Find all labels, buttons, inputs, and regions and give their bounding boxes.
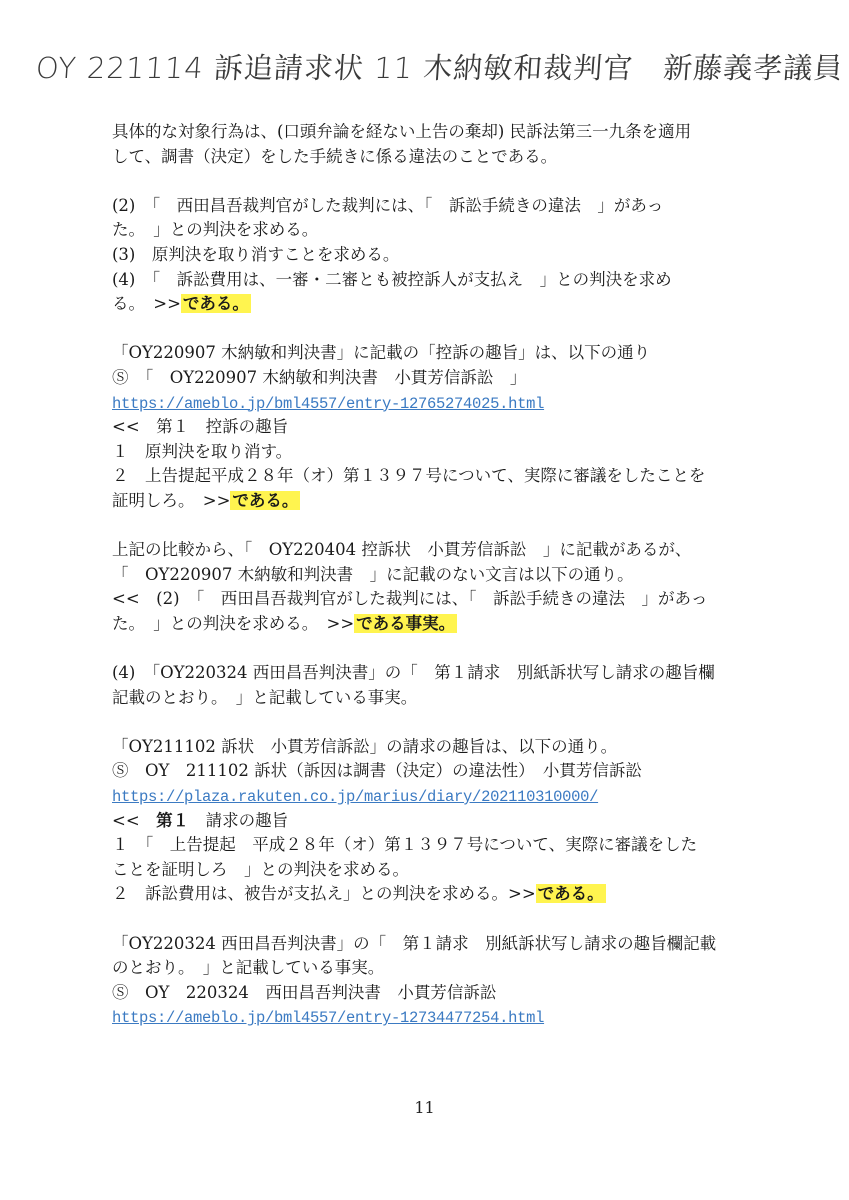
text-line: 「OY220907 木納敏和判決書」に記載の「控訴の趣旨」は、以下の通り <box>112 341 792 366</box>
text-line: Ⓢ OY 220324 西田昌吾判決書 小貫芳信訴訟 <box>112 981 792 1006</box>
text-line: Ⓢ OY 211102 訴状（訴因は調書（決定）の違法性） 小貫芳信訴訟 <box>112 759 792 784</box>
text-line: (2) 「 西田昌吾裁判官がした裁判には、「 訴訟手続きの違法 」があっ <box>112 194 792 219</box>
text-segment: 請求の趣旨 <box>189 811 288 830</box>
text-line: た。 」との判決を求める。 >>である事実。 <box>112 612 792 637</box>
spacer <box>112 636 792 661</box>
text-line: 上記の比較から、「 OY220404 控訴状 小貫芳信訴訟 」に記載があるが、 <box>112 538 792 563</box>
text-line: 「OY211102 訴状 小貫芳信訴訟」の請求の趣旨は、以下の通り。 <box>112 735 792 760</box>
bold-text: 第１ <box>156 811 189 830</box>
spacer <box>112 710 792 735</box>
highlighted-text: である事実。 <box>354 614 457 633</box>
highlighted-text: である。 <box>536 884 606 903</box>
text-line: １ 「 上告提起 平成２８年（オ）第１３９７号について、実際に審議をした <box>112 833 792 858</box>
text-line: 「 OY220907 木納敏和判決書 」に記載のない文言は以下の通り。 <box>112 563 792 588</box>
text-line: る。 >>である。 <box>112 292 792 317</box>
text-segment: ２ 訴訟費用は、被告が支払え」との判決を求める。>> <box>112 884 536 903</box>
text-line: た。 」との判決を求める。 <box>112 218 792 243</box>
text-line: (4) 「OY220324 西田昌吾判決書」の「 第１請求 別紙訴状写し請求の趣… <box>112 661 792 686</box>
text-line: << 第１ 請求の趣旨 <box>112 809 792 834</box>
url-link[interactable]: https://ameblo.jp/bml4557/entry-12765274… <box>112 395 544 413</box>
text-line: 記載のとおり。 」と記載している事実。 <box>112 686 792 711</box>
page-number: 11 <box>0 1098 849 1117</box>
text-line: のとおり。 」と記載している事実。 <box>112 956 792 981</box>
spacer <box>112 169 792 194</box>
text-line: ことを証明しろ 」との判決を求める。 <box>112 858 792 883</box>
text-segment: る。 >> <box>112 294 181 313</box>
url-link[interactable]: https://plaza.rakuten.co.jp/marius/diary… <box>112 788 598 806</box>
spacer <box>112 514 792 539</box>
text-line: して、調書（決定）をした手続きに係る違法のことである。 <box>112 145 792 170</box>
text-line: https://ameblo.jp/bml4557/entry-12765274… <box>112 391 792 416</box>
handwritten-title: OY 221114 訴追請求状 11 木納敏和裁判官 新藤義孝議員 <box>35 46 818 87</box>
url-link[interactable]: https://ameblo.jp/bml4557/entry-12734477… <box>112 1009 544 1027</box>
text-line: https://plaza.rakuten.co.jp/marius/diary… <box>112 784 792 809</box>
text-line: 証明しろ。 >>である。 <box>112 489 792 514</box>
text-line: ２ 上告提起平成２８年（オ）第１３９７号について、実際に審議をしたことを <box>112 464 792 489</box>
text-segment: 証明しろ。 >> <box>112 491 230 510</box>
highlighted-text: である。 <box>181 294 251 313</box>
text-line: 「OY220324 西田昌吾判決書」の「 第１請求 別紙訴状写し請求の趣旨欄記載 <box>112 932 792 957</box>
spacer <box>112 907 792 932</box>
text-line: << (2) 「 西田昌吾裁判官がした裁判には、「 訴訟手続きの違法 」があっ <box>112 587 792 612</box>
highlighted-text: である。 <box>230 491 300 510</box>
text-segment: << <box>112 811 156 830</box>
text-line: (4) 「 訴訟費用は、一審・二審とも被控訴人が支払え 」との判決を求め <box>112 268 792 293</box>
text-line: １ 原判決を取り消す。 <box>112 440 792 465</box>
text-line: 具体的な対象行為は、(口頭弁論を経ない上告の棄却) 民訴法第三一九条を適用 <box>112 120 792 145</box>
text-line: << 第１ 控訴の趣旨 <box>112 415 792 440</box>
text-line: Ⓢ 「 OY220907 木納敏和判決書 小貫芳信訴訟 」 <box>112 366 792 391</box>
document-body: 具体的な対象行為は、(口頭弁論を経ない上告の棄却) 民訴法第三一九条を適用 して… <box>112 120 792 1030</box>
text-line: https://ameblo.jp/bml4557/entry-12734477… <box>112 1005 792 1030</box>
spacer <box>112 317 792 342</box>
text-segment: た。 」との判決を求める。 >> <box>112 614 354 633</box>
text-line: (3) 原判決を取り消すことを求める。 <box>112 243 792 268</box>
text-line: ２ 訴訟費用は、被告が支払え」との判決を求める。>>である。 <box>112 882 792 907</box>
